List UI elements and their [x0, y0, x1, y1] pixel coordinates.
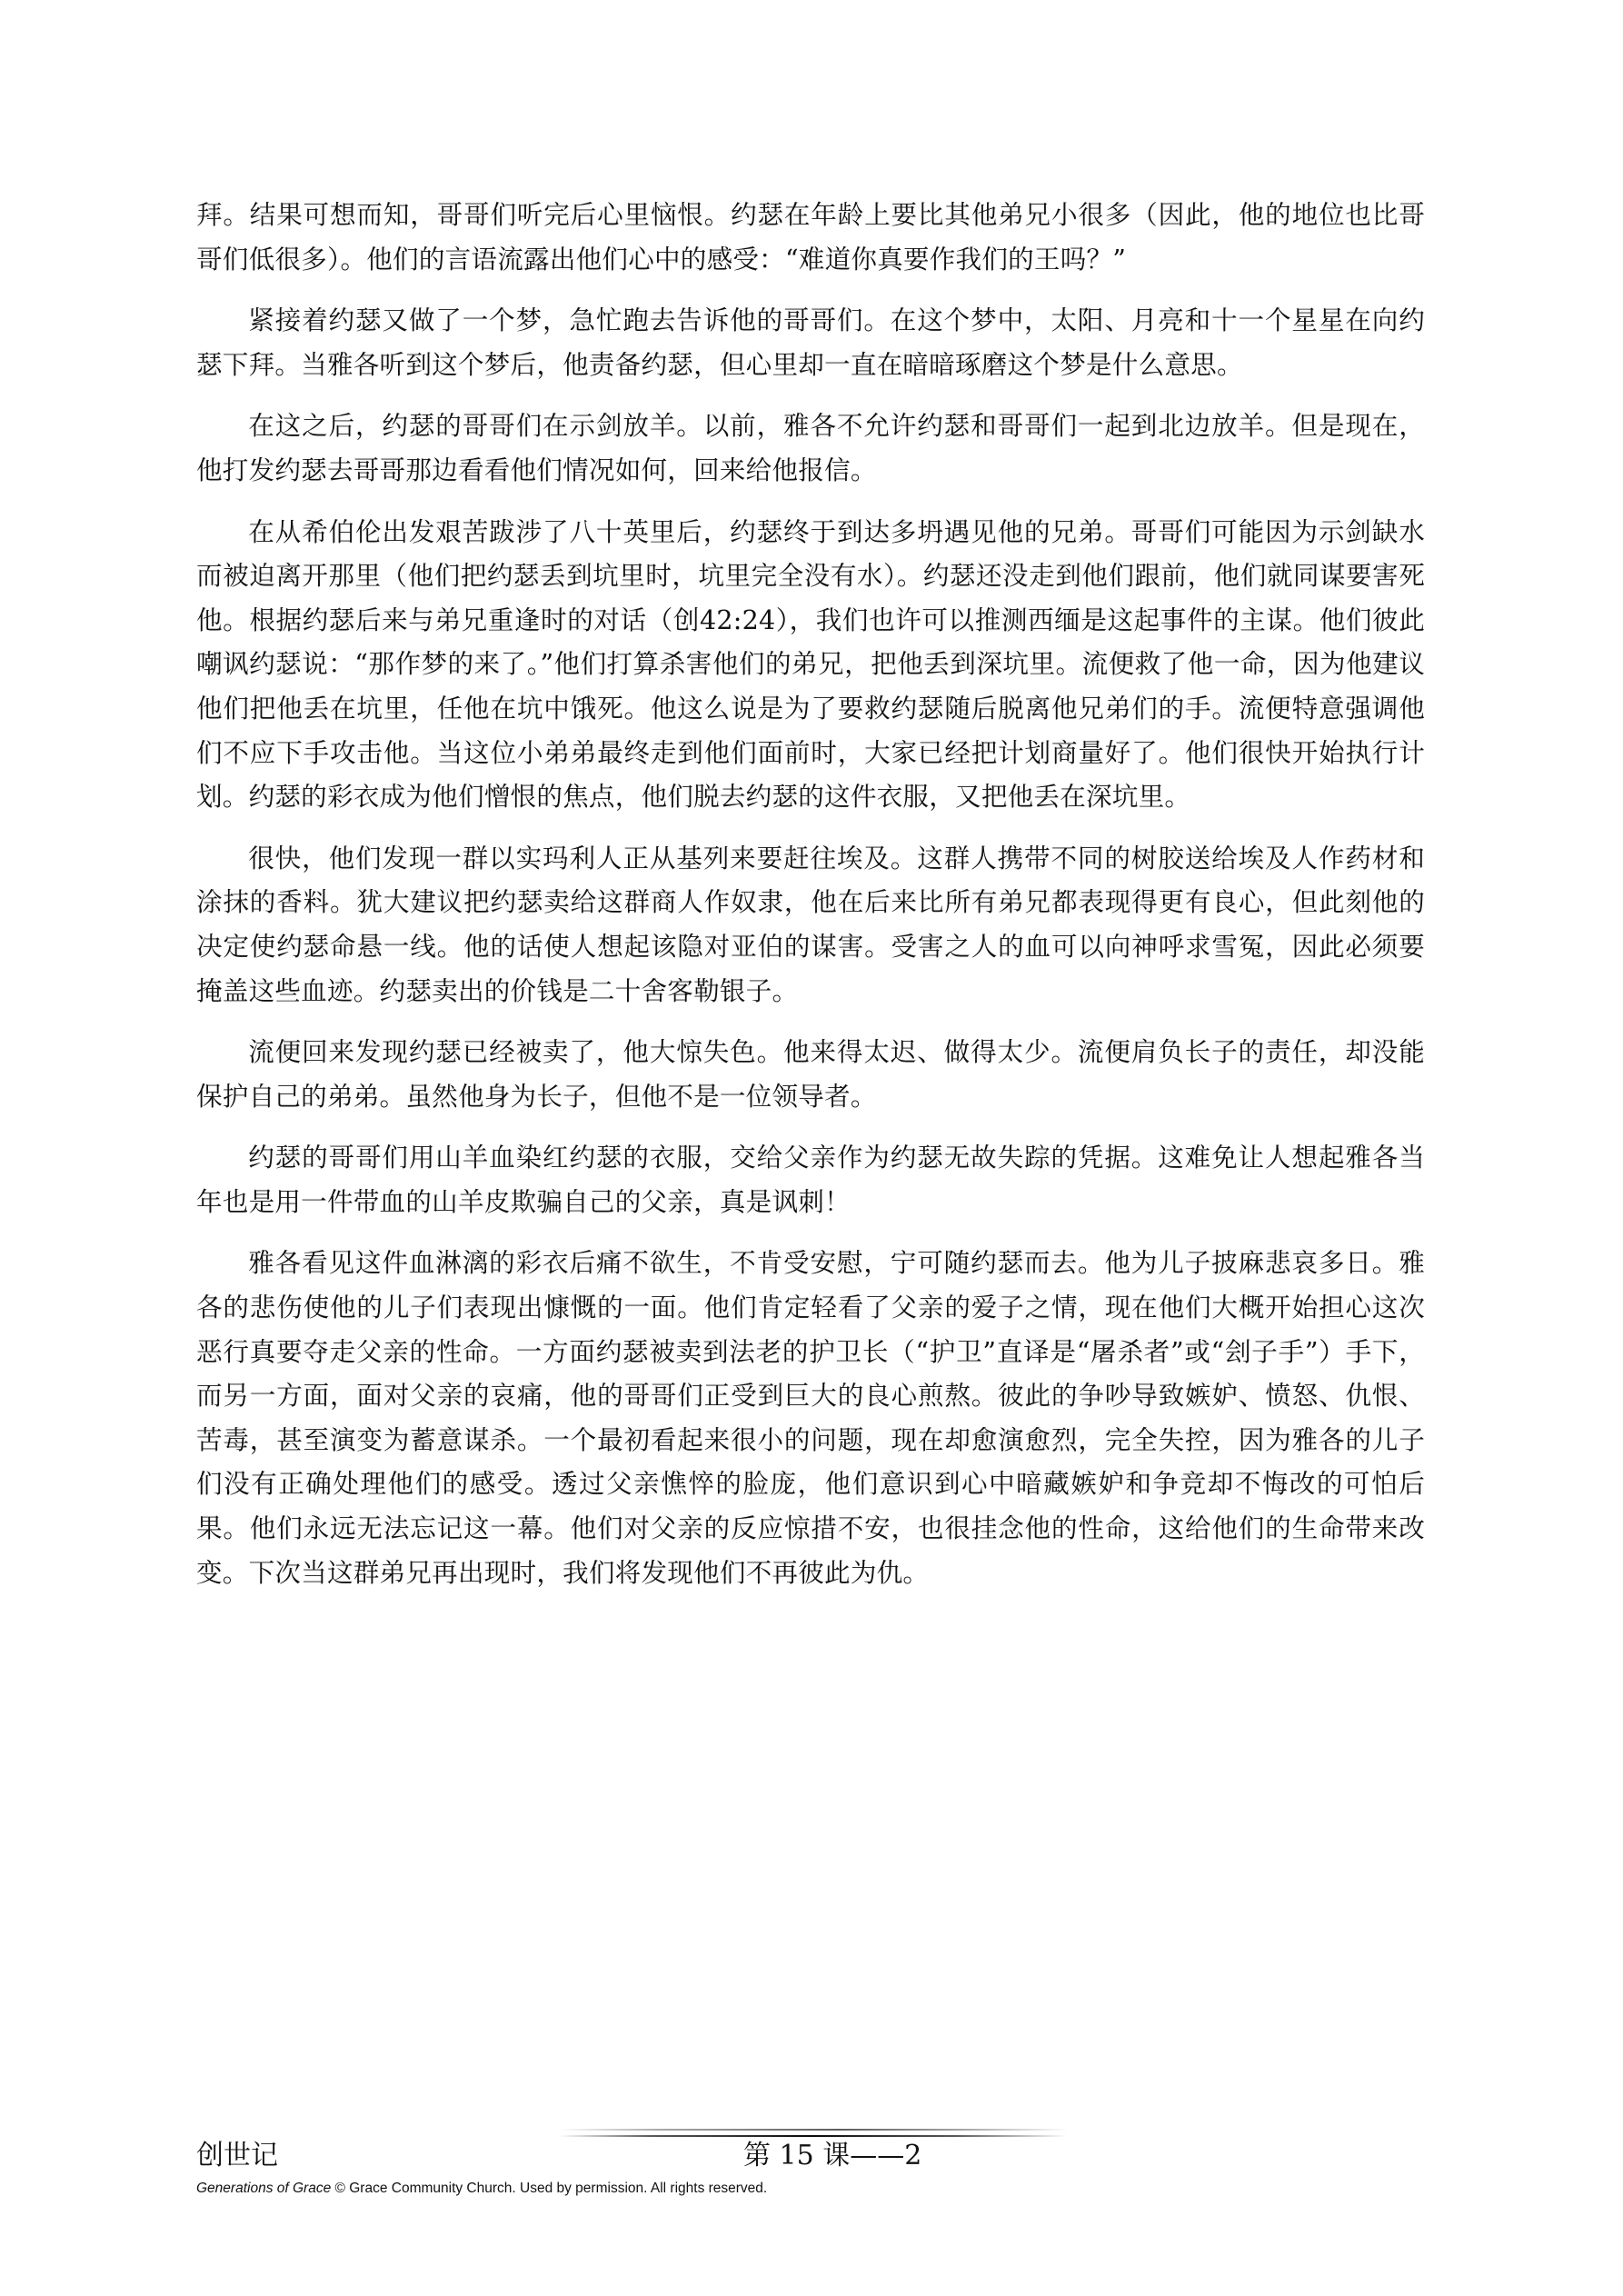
paragraph: 在这之后，约瑟的哥哥们在示剑放羊。以前，雅各不允许约瑟和哥哥们一起到北边放羊。但… [196, 404, 1425, 492]
footer-book-title: 创世记 [196, 2138, 278, 2174]
paragraph: 紧接着约瑟又做了一个梦，急忙跑去告诉他的哥哥们。在这个梦中，太阳、月亮和十一个星… [196, 298, 1425, 386]
paragraph: 在从希伯伦出发艰苦跋涉了八十英里后，约瑟终于到达多坍遇见他的兄弟。哥哥们可能因为… [196, 510, 1425, 819]
paragraph: 流便回来发现约瑟已经被卖了，他大惊失色。他来得太迟、做得太少。流便肩负长子的责任… [196, 1030, 1425, 1118]
document-body: 拜。结果可想而知，哥哥们听完后心里恼恨。约瑟在年龄上要比其他弟兄小很多（因此，他… [196, 193, 1425, 1612]
footer-copyright: Generations of Grace © Grace Community C… [196, 2179, 767, 2199]
copyright-work-title: Generations of Grace [196, 2181, 331, 2196]
paragraph: 拜。结果可想而知，哥哥们听完后心里恼恨。约瑟在年龄上要比其他弟兄小很多（因此，他… [196, 193, 1425, 281]
copyright-notice: © Grace Community Church. Used by permis… [331, 2181, 767, 2196]
paragraph: 雅各看见这件血淋漓的彩衣后痛不欲生，不肯受安慰，宁可随约瑟而去。他为儿子披麻悲哀… [196, 1241, 1425, 1594]
paragraph: 很快，他们发现一群以实玛利人正从基列来要赶往埃及。这群人携带不同的树胶送给埃及人… [196, 836, 1425, 1013]
paragraph: 约瑟的哥哥们用山羊血染红约瑟的衣服，交给父亲作为约瑟无故失踪的凭据。这难免让人想… [196, 1135, 1425, 1223]
footer-lesson-page-number: 第 15 课——2 [743, 2138, 921, 2174]
footer-divider-line [559, 2135, 1068, 2137]
footer-divider-line [559, 2129, 1068, 2131]
